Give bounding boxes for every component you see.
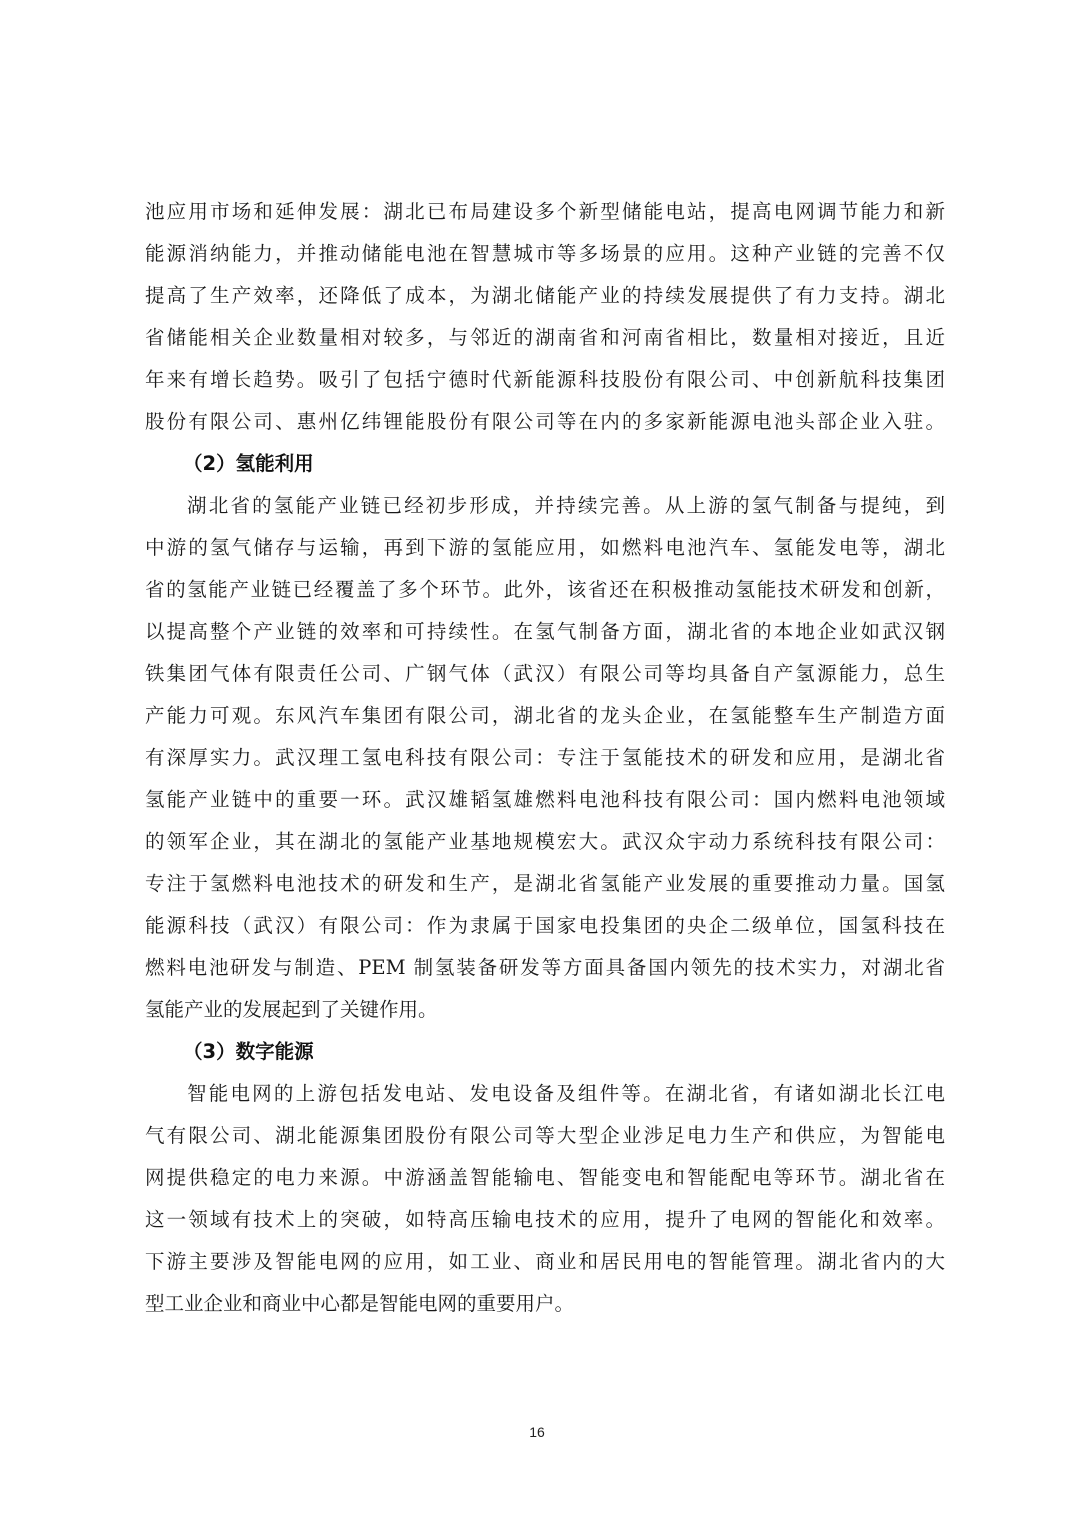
text-line: 能源消纳能力，并推动储能电池在智慧城市等多场景的应用。这种产业链的完善不仅 — [145, 236, 945, 272]
text-line: 能源科技（武汉）有限公司：作为隶属于国家电投集团的央企二级单位，国氢科技在 — [145, 908, 945, 944]
text-line: 年来有增长趋势。吸引了包括宁德时代新能源科技股份有限公司、中创新航科技集团 — [145, 362, 945, 398]
text-line: 氢能产业链中的重要一环。武汉雄韬氢雄燃料电池科技有限公司：国内燃料电池领域 — [145, 782, 945, 818]
section-heading-digital-energy: （3）数字能源 — [183, 1034, 314, 1070]
text-line: 专注于氢燃料电池技术的研发和生产，是湖北省氢能产业发展的重要推动力量。国氢 — [145, 866, 945, 902]
text-line: 产能力可观。东风汽车集团有限公司，湖北省的龙头企业，在氢能整车生产制造方面 — [145, 698, 945, 734]
text-line: 有深厚实力。武汉理工氢电科技有限公司：专注于氢能技术的研发和应用，是湖北省 — [145, 740, 945, 776]
text-line: 气有限公司、湖北能源集团股份有限公司等大型企业涉足电力生产和供应，为智能电 — [145, 1118, 945, 1154]
text-line: 下游主要涉及智能电网的应用，如工业、商业和居民用电的智能管理。湖北省内的大 — [145, 1244, 945, 1280]
document-page: 池应用市场和延伸发展：湖北已布局建设多个新型储能电站，提高电网调节能力和新 能源… — [0, 0, 1074, 1520]
text-line: 提高了生产效率，还降低了成本，为湖北储能产业的持续发展提供了有力支持。湖北 — [145, 278, 945, 314]
text-line: 智能电网的上游包括发电站、发电设备及组件等。在湖北省，有诸如湖北长江电 — [187, 1076, 945, 1112]
text-line: 以提高整个产业链的效率和可持续性。在氢气制备方面，湖北省的本地企业如武汉钢 — [145, 614, 945, 650]
text-line: 铁集团气体有限责任公司、广钢气体（武汉）有限公司等均具备自产氢源能力，总生 — [145, 656, 945, 692]
text-line: 燃料电池研发与制造、PEM 制氢装备研发等方面具备国内领先的技术实力，对湖北省 — [145, 950, 945, 986]
text-line: 型工业企业和商业中心都是智能电网的重要用户。 — [145, 1286, 945, 1322]
text-line: 省储能相关企业数量相对较多，与邻近的湖南省和河南省相比，数量相对接近，且近 — [145, 320, 945, 356]
text-line: 湖北省的氢能产业链已经初步形成，并持续完善。从上游的氢气制备与提纯，到 — [187, 488, 945, 524]
section-heading-hydrogen: （2）氢能利用 — [183, 446, 314, 482]
text-line: 中游的氢气储存与运输，再到下游的氢能应用，如燃料电池汽车、氢能发电等，湖北 — [145, 530, 945, 566]
text-line: 池应用市场和延伸发展：湖北已布局建设多个新型储能电站，提高电网调节能力和新 — [145, 194, 945, 230]
text-line: 网提供稳定的电力来源。中游涵盖智能输电、智能变电和智能配电等环节。湖北省在 — [145, 1160, 945, 1196]
page-number: 16 — [0, 1424, 1074, 1440]
text-line: 氢能产业的发展起到了关键作用。 — [145, 992, 945, 1028]
text-line: 的领军企业，其在湖北的氢能产业基地规模宏大。武汉众宇动力系统科技有限公司： — [145, 824, 945, 860]
text-line: 股份有限公司、惠州亿纬锂能股份有限公司等在内的多家新能源电池头部企业入驻。 — [145, 404, 945, 440]
text-line: 这一领域有技术上的突破，如特高压输电技术的应用，提升了电网的智能化和效率。 — [145, 1202, 945, 1238]
text-line: 省的氢能产业链已经覆盖了多个环节。此外，该省还在积极推动氢能技术研发和创新， — [145, 572, 945, 608]
